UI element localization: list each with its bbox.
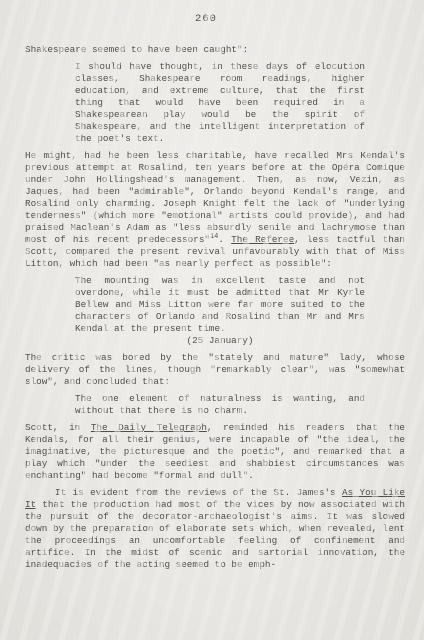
blockquote-elocution-text: I should have thought, in these days of … — [75, 61, 365, 144]
periodical-title-daily-telegraph: The Daily Telegraph — [91, 422, 207, 433]
blockquote-mounting-text: The mounting was in excellent taste and … — [75, 275, 365, 334]
paragraph-segment: It is evident from the reviews of the St… — [55, 487, 342, 498]
paragraph-segment: . — [218, 234, 231, 245]
paragraph-scott-telegraph: Scott, in The Daily Telegraph, reminded … — [25, 422, 405, 482]
blockquote-mounting: The mounting was in excellent taste and … — [75, 275, 365, 347]
paragraph-segment: He might, had he been less charitable, h… — [25, 150, 405, 245]
paragraph-critic-bored: The critic was bored by the "stately and… — [25, 352, 405, 388]
opening-line-text: Shakespeare seemed to have been caught": — [25, 44, 248, 55]
paragraph-segment: Scott, in — [25, 422, 91, 433]
blockquote-date-attribution: (25 January) — [75, 335, 365, 347]
paragraph-kendal-previous-attempt: He might, had he been less charitable, h… — [25, 150, 405, 270]
paragraph-reviews-evident: It is evident from the reviews of the St… — [25, 487, 405, 571]
paragraph-segment: that the production had most of the vice… — [25, 499, 405, 570]
blockquote-elocution: I should have thought, in these days of … — [75, 61, 365, 145]
blockquote-naturalness-text: The one element of naturalness is wantin… — [75, 393, 365, 416]
periodical-title-the-referee: The Referee — [231, 234, 294, 245]
paragraph-segment: The critic was bored by the "stately and… — [25, 352, 405, 387]
blockquote-naturalness: The one element of naturalness is wantin… — [75, 393, 365, 417]
page-number: 260 — [0, 13, 412, 25]
document-page: 260 Shakespeare seemed to have been caug… — [0, 0, 424, 640]
document-body: Shakespeare seemed to have been caught":… — [25, 44, 405, 576]
opening-line: Shakespeare seemed to have been caught": — [25, 44, 405, 56]
